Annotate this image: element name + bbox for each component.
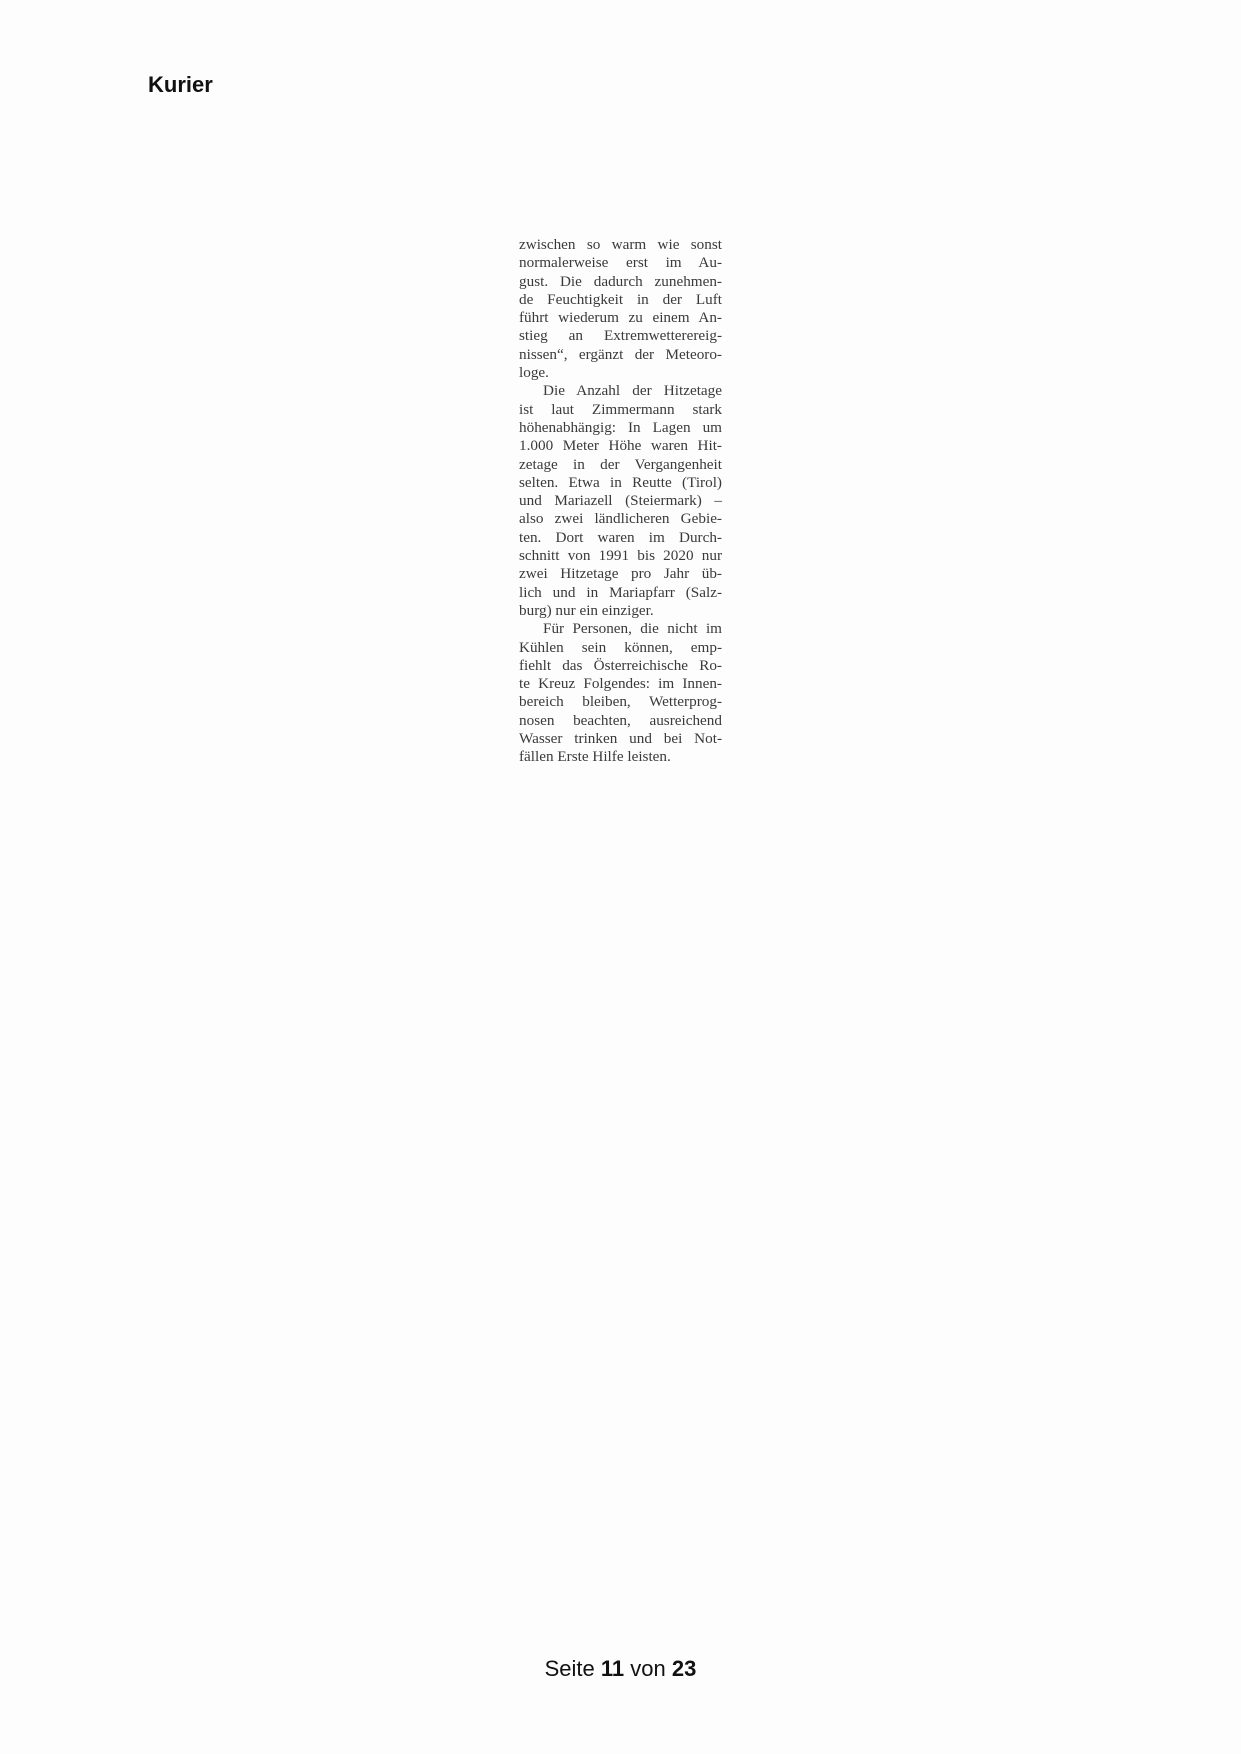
page-prefix: Seite (545, 1656, 595, 1681)
current-page: 11 (601, 1656, 624, 1681)
text-line: fällen Erste Hilfe leisten. (519, 748, 722, 766)
text-line: nissen“, ergänzt der Meteoro- (519, 346, 722, 364)
text-line: loge. (519, 364, 722, 382)
text-line: ten. Dort waren im Durch- (519, 529, 722, 547)
paragraph-3: Für Personen, die nicht im Kühlen sein k… (519, 620, 722, 766)
text-line: selten. Etwa in Reutte (Tirol) (519, 474, 722, 492)
text-line: und Mariazell (Steiermark) – (519, 492, 722, 510)
paragraph-2: Die Anzahl der Hitzetage ist laut Zimmer… (519, 382, 722, 620)
text-line: nosen beachten, ausreichend (519, 712, 722, 730)
text-line: bereich bleiben, Wetterprog- (519, 693, 722, 711)
text-line: zwei Hitzetage pro Jahr üb- (519, 565, 722, 583)
text-line: 1.000 Meter Höhe waren Hit- (519, 437, 722, 455)
text-line: lich und in Mariapfarr (Salz- (519, 584, 722, 602)
text-line: gust. Die dadurch zunehmen- (519, 273, 722, 291)
text-line: Kühlen sein können, emp- (519, 639, 722, 657)
text-line: burg) nur ein einziger. (519, 602, 722, 620)
page-separator: von (630, 1656, 665, 1681)
text-line: fiehlt das Österreichische Ro- (519, 657, 722, 675)
text-line: höhenabhängig: In Lagen um (519, 419, 722, 437)
text-line: zwischen so warm wie sonst (519, 236, 722, 254)
text-line: Für Personen, die nicht im (519, 620, 722, 638)
text-line: Die Anzahl der Hitzetage (519, 382, 722, 400)
text-line: also zwei ländlicheren Gebie- (519, 510, 722, 528)
text-line: stieg an Extremwetterereig- (519, 327, 722, 345)
text-line: te Kreuz Folgendes: im Innen- (519, 675, 722, 693)
publication-name: Kurier (148, 72, 213, 98)
total-pages: 23 (672, 1656, 696, 1681)
paragraph-1: zwischen so warm wie sonst normalerweise… (519, 236, 722, 382)
article-column: zwischen so warm wie sonst normalerweise… (519, 236, 722, 767)
text-line: zetage in der Vergangenheit (519, 456, 722, 474)
text-line: de Feuchtigkeit in der Luft (519, 291, 722, 309)
text-line: Wasser trinken und bei Not- (519, 730, 722, 748)
text-line: normalerweise erst im Au- (519, 254, 722, 272)
text-line: ist laut Zimmermann stark (519, 401, 722, 419)
text-line: führt wiederum zu einem An- (519, 309, 722, 327)
page-indicator: Seite 11 von 23 (0, 1656, 1241, 1682)
text-line: schnitt von 1991 bis 2020 nur (519, 547, 722, 565)
